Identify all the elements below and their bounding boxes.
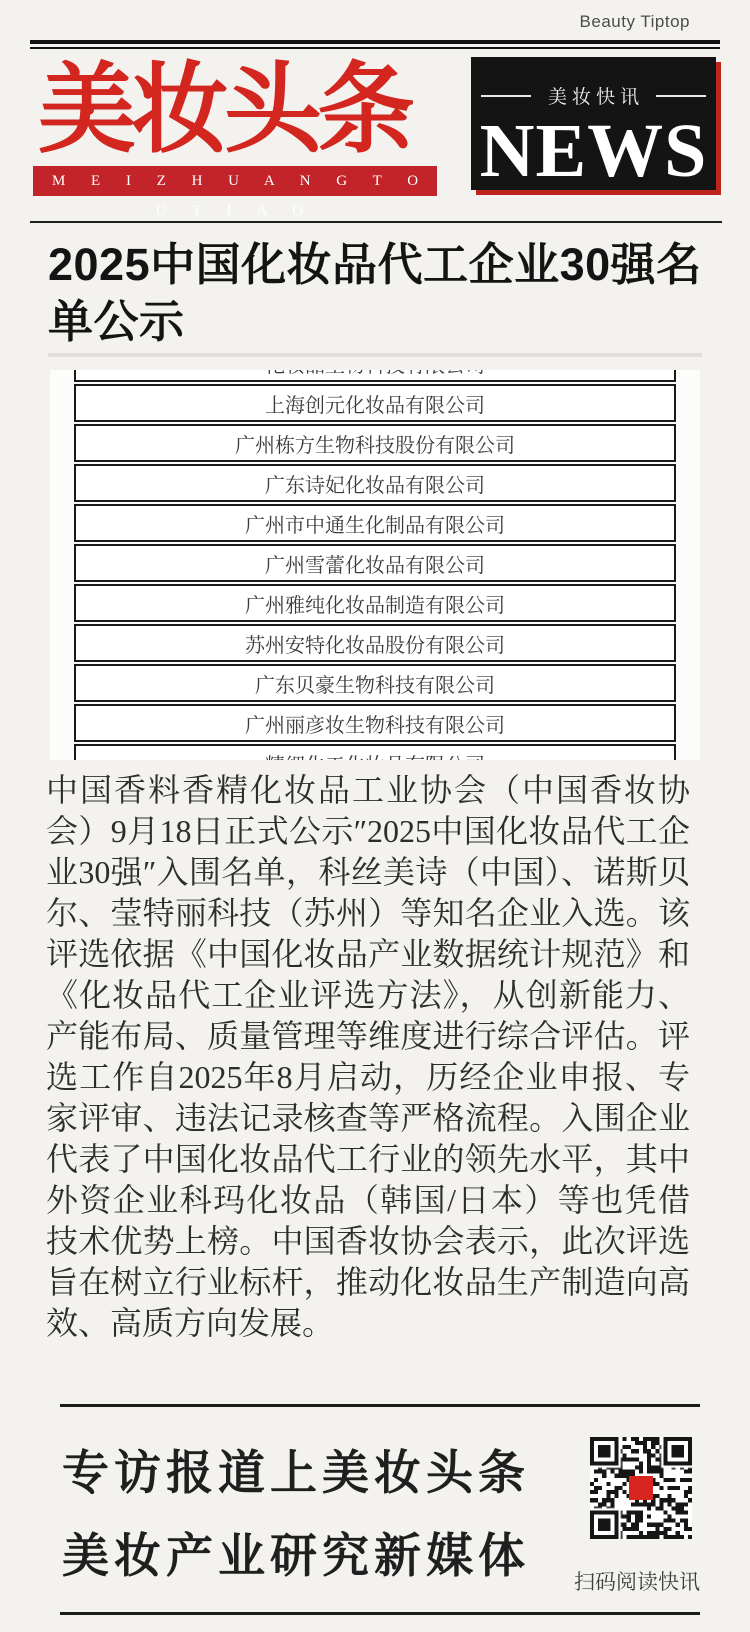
company-list-panel: 化妆品生物科技有限公司 上海创元化妆品有限公司 广州栋方生物科技股份有限公司 广…	[50, 370, 700, 760]
footer-slogan-line2: 美妆产业研究新媒体	[62, 1519, 530, 1586]
tagline-dash-right-icon	[656, 95, 706, 97]
table-row: 广东贝豪生物科技有限公司	[74, 664, 676, 702]
masthead-logo: 美妆头条	[38, 60, 410, 158]
tagline-dash-left-icon	[481, 95, 531, 97]
table-row: 上海创元化妆品有限公司	[74, 384, 676, 422]
masthead-pinyin-bar: M E I Z H U A N G T O U T I A O	[33, 166, 437, 196]
header-double-rule	[30, 40, 720, 49]
table-row-partial-bottom: 精细化工化妆品有限公司	[74, 744, 676, 760]
article-title: 2025中国化妆品代工企业30强名单公示	[48, 236, 710, 350]
news-badge-tagline-row: 美妆快讯	[471, 82, 716, 109]
qr-code	[590, 1437, 692, 1539]
table-row: 广州栋方生物科技股份有限公司	[74, 424, 676, 462]
table-row-clipped: 化妆品生物科技有限公司	[74, 370, 676, 382]
article-body: 中国香料香精化妆品工业协会（中国香妆协会）9月18日正式公示″2025中国化妆品…	[46, 770, 690, 1344]
news-badge: 美妆快讯 NEWS	[471, 57, 716, 190]
table-row: 广州丽彦妆生物科技有限公司	[74, 704, 676, 742]
brand-watermark: Beauty Tiptop	[580, 12, 690, 32]
news-wordmark: NEWS	[471, 113, 716, 189]
title-top-rule	[30, 221, 722, 223]
table-row: 苏州安特化妆品股份有限公司	[74, 624, 676, 662]
footer-bottom-rule	[60, 1612, 700, 1615]
table-row: 广州雪蕾化妆品有限公司	[74, 544, 676, 582]
news-poster: Beauty Tiptop 美妆头条 M E I Z H U A N G T O…	[0, 0, 750, 1632]
table-row-partial-top: 化妆品生物科技有限公司	[74, 370, 676, 382]
qr-caption: 扫码阅读快讯	[572, 1566, 702, 1596]
news-badge-tagline: 美妆快讯	[543, 82, 644, 109]
table-row: 广州雅纯化妆品制造有限公司	[74, 584, 676, 622]
table-row: 广州市中通生化制品有限公司	[74, 504, 676, 542]
footer-slogan-line1: 专访报道上美妆头条	[62, 1436, 530, 1503]
title-divider	[48, 353, 702, 357]
footer-top-rule	[60, 1404, 700, 1407]
table-row-clipped: 精细化工化妆品有限公司	[74, 744, 676, 760]
table-row: 广东诗妃化妆品有限公司	[74, 464, 676, 502]
